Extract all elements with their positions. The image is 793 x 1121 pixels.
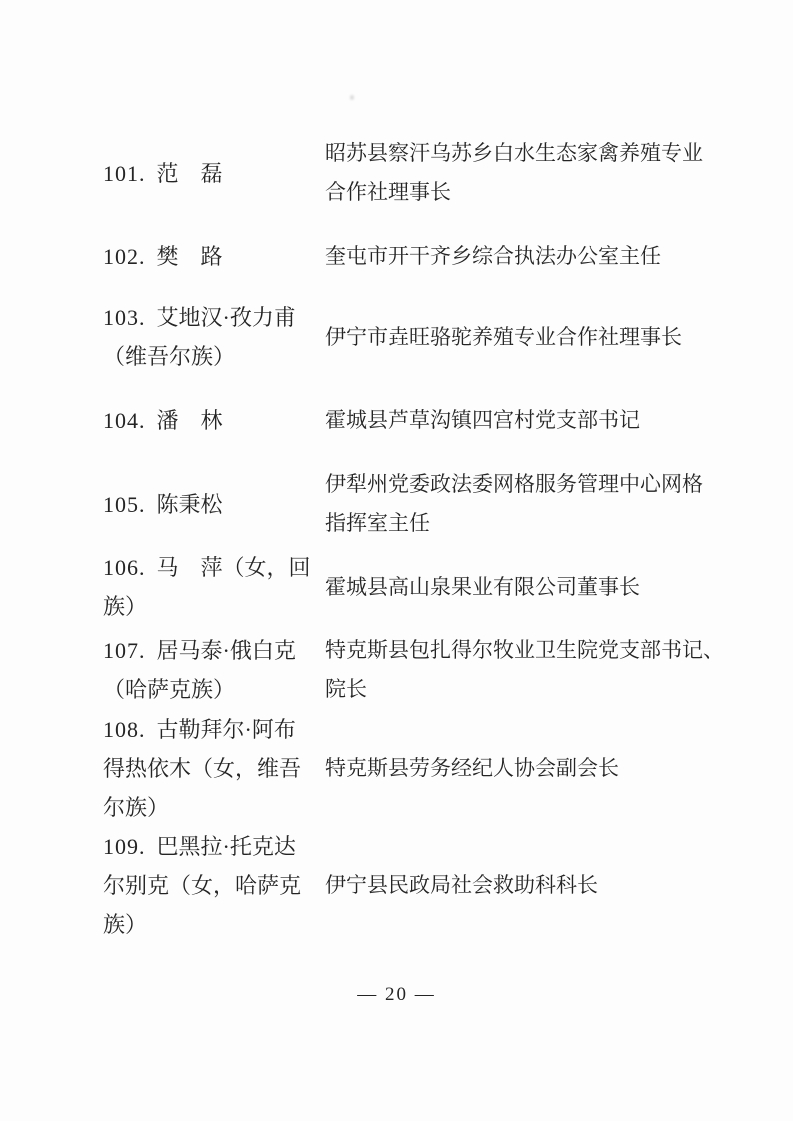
- list-entry: 106.马 萍（女，回 族） 霍城县高山泉果业有限公司董事长: [103, 548, 753, 626]
- entry-title: 特克斯县包扎得尔牧业卫生院党支部书记、 院长: [325, 638, 724, 701]
- list-entry: 107.居马泰·俄白克 （哈萨克族） 特克斯县包扎得尔牧业卫生院党支部书记、 院…: [103, 631, 753, 709]
- entry-title: 伊宁市垚旺骆驼养殖专业合作社理事长: [325, 325, 682, 349]
- entry-name-cell: 104.潘 林: [103, 401, 325, 440]
- entry-name-cell: 102.樊 路: [103, 237, 325, 276]
- entry-title-cell: 特克斯县包扎得尔牧业卫生院党支部书记、 院长: [325, 631, 753, 709]
- list-entry: 105.陈秉松 伊犁州党委政法委网格服务管理中心网格 指挥室主任: [103, 465, 753, 543]
- list-entry: 103.艾地汉·孜力甫 （维吾尔族） 伊宁市垚旺骆驼养殖专业合作社理事长: [103, 298, 753, 376]
- list-entry: 104.潘 林 霍城县芦草沟镇四宫村党支部书记: [103, 401, 753, 440]
- entry-name: 范 磊: [157, 161, 223, 186]
- list-entry: 108.古勒拜尔·阿布 得热依木（女，维吾 尔族） 特克斯县劳务经纪人协会副会长: [103, 710, 753, 827]
- entry-list: 101.范 磊 昭苏县察汗乌苏乡白水生态家禽养殖专业 合作社理事长 102.樊 …: [0, 0, 793, 944]
- entry-name: 樊 路: [157, 244, 223, 269]
- entry-title-cell: 伊犁州党委政法委网格服务管理中心网格 指挥室主任: [325, 465, 753, 543]
- entry-name-cell: 101.范 磊: [103, 154, 325, 193]
- entry-title-cell: 昭苏县察汗乌苏乡白水生态家禽养殖专业 合作社理事长: [325, 134, 753, 212]
- entry-title: 特克斯县劳务经纪人协会副会长: [325, 756, 619, 780]
- list-entry: 101.范 磊 昭苏县察汗乌苏乡白水生态家禽养殖专业 合作社理事长: [103, 134, 753, 212]
- entry-title: 伊犁州党委政法委网格服务管理中心网格 指挥室主任: [325, 472, 703, 535]
- entry-title: 伊宁县民政局社会救助科科长: [325, 873, 598, 897]
- list-entry: 102.樊 路 奎屯市开干齐乡综合执法办公室主任: [103, 237, 753, 276]
- entry-name-cell: 108.古勒拜尔·阿布 得热依木（女，维吾 尔族）: [103, 710, 325, 827]
- entry-title-cell: 奎屯市开干齐乡综合执法办公室主任: [325, 237, 753, 276]
- entry-number: 104.: [103, 408, 146, 433]
- document-page: 101.范 磊 昭苏县察汗乌苏乡白水生态家禽养殖专业 合作社理事长 102.樊 …: [0, 0, 793, 1121]
- entry-title-cell: 霍城县高山泉果业有限公司董事长: [325, 568, 753, 607]
- page-number: — 20 —: [0, 984, 793, 1006]
- entry-title-cell: 伊宁县民政局社会救助科科长: [325, 866, 753, 905]
- scan-artifact-speck: [350, 95, 354, 100]
- entry-title-cell: 特克斯县劳务经纪人协会副会长: [325, 749, 753, 788]
- entry-title: 霍城县高山泉果业有限公司董事长: [325, 575, 640, 599]
- entry-name: 潘 林: [157, 408, 223, 433]
- entry-number: 108.: [103, 717, 146, 742]
- entry-name-cell: 106.马 萍（女，回 族）: [103, 548, 325, 626]
- entry-number: 105.: [103, 492, 146, 517]
- entry-number: 102.: [103, 244, 146, 269]
- entry-title: 昭苏县察汗乌苏乡白水生态家禽养殖专业 合作社理事长: [325, 141, 703, 204]
- entry-number: 107.: [103, 638, 146, 663]
- entry-name-cell: 107.居马泰·俄白克 （哈萨克族）: [103, 631, 325, 709]
- entry-name-cell: 103.艾地汉·孜力甫 （维吾尔族）: [103, 298, 325, 376]
- entry-title-cell: 伊宁市垚旺骆驼养殖专业合作社理事长: [325, 318, 753, 357]
- list-entry: 109.巴黑拉·托克达 尔别克（女，哈萨克 族） 伊宁县民政局社会救助科科长: [103, 827, 753, 944]
- entry-name-cell: 105.陈秉松: [103, 485, 325, 524]
- entry-name-cell: 109.巴黑拉·托克达 尔别克（女，哈萨克 族）: [103, 827, 325, 944]
- entry-number: 101.: [103, 161, 146, 186]
- entry-name: 陈秉松: [157, 492, 223, 517]
- entry-number: 106.: [103, 555, 146, 580]
- entry-number: 109.: [103, 834, 146, 859]
- entry-title: 霍城县芦草沟镇四宫村党支部书记: [325, 408, 640, 432]
- entry-title-cell: 霍城县芦草沟镇四宫村党支部书记: [325, 401, 753, 440]
- entry-title: 奎屯市开干齐乡综合执法办公室主任: [325, 244, 661, 268]
- entry-number: 103.: [103, 305, 146, 330]
